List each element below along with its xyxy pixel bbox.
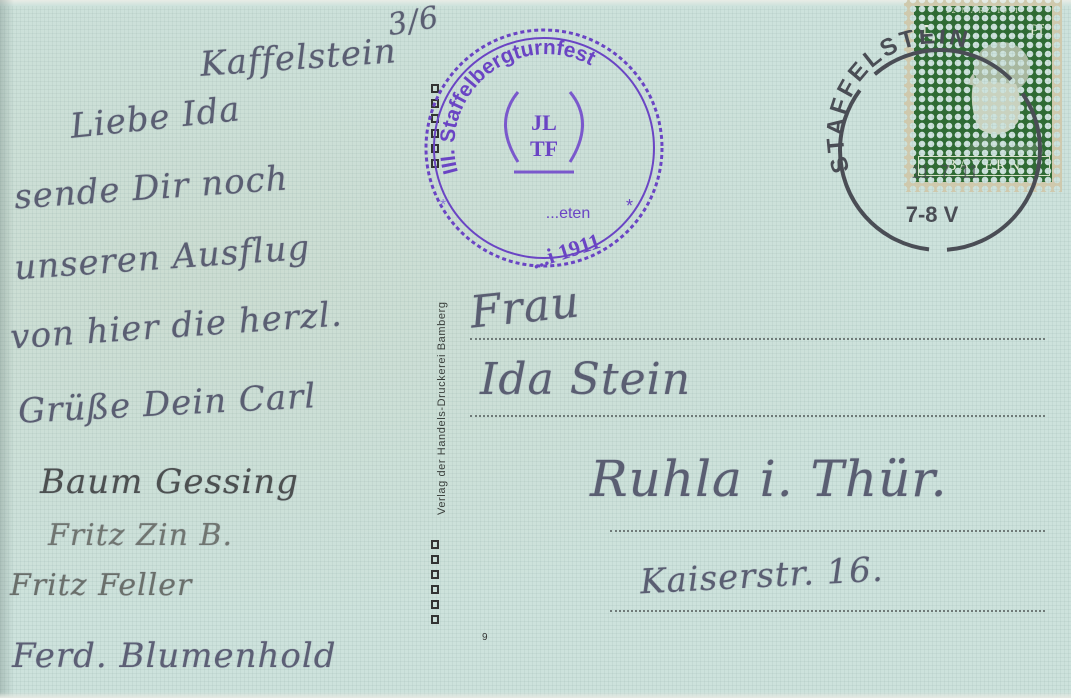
postcard: Kaffelstein 3/6 Liebe Ida sende Dir noch… — [0, 0, 1071, 698]
address-line-2 — [470, 415, 1045, 417]
page-number: 9 — [482, 632, 488, 643]
signature: Baum Gessing — [40, 462, 299, 502]
message-place-heading: Kaffelstein — [199, 31, 398, 85]
divider-squares-bottom — [431, 540, 439, 624]
address-line-3 — [610, 530, 1045, 532]
message-line: sende Dir noch — [13, 158, 290, 217]
seal-monogram-top: JL — [531, 110, 557, 135]
staffelbergturnfest-seal: III. Staffelbergturnfest JL TF ...eten .… — [418, 22, 670, 274]
seal-lower-text: ...eten — [546, 205, 590, 222]
seal-star-right: * — [626, 196, 633, 216]
staffelstein-postmark: STAFFELSTEIN 11. 7. 11 7-8 V — [820, 30, 1050, 260]
address-name: Ida Stein — [480, 354, 691, 405]
address-town: Ruhla i. Thür. — [590, 450, 948, 508]
address-street: Kaiserstr. 16. — [639, 550, 884, 603]
seal-monogram-bottom: TF — [530, 136, 558, 161]
address-salutation: Frau — [468, 276, 583, 338]
address-line-1 — [470, 338, 1045, 340]
publisher-imprint: Verlag der Handels-Druckerei Bamberg — [436, 301, 448, 515]
address-line-4 — [610, 610, 1045, 612]
seal-star-left: * — [440, 197, 446, 214]
signature: Ferd. Blumenhold — [12, 636, 337, 676]
seal-year: ...i 1911 — [528, 228, 603, 274]
message-line: Liebe Ida — [68, 89, 242, 147]
postmark-time: 7-8 V — [906, 202, 959, 227]
message-line: unseren Ausflug — [13, 228, 312, 289]
message-line: von hier die herzl. — [9, 294, 344, 357]
signature: Fritz Zin B. — [48, 518, 233, 553]
paper-edge-bottom — [0, 692, 1071, 698]
postmark-date: 11. 7. 11 — [911, 162, 978, 182]
stamp-issue-date: 12 MÄRZ 1911 — [914, 6, 1052, 15]
message-line: Grüße Dein Carl — [17, 376, 317, 432]
signature: Fritz Feller — [10, 568, 192, 603]
